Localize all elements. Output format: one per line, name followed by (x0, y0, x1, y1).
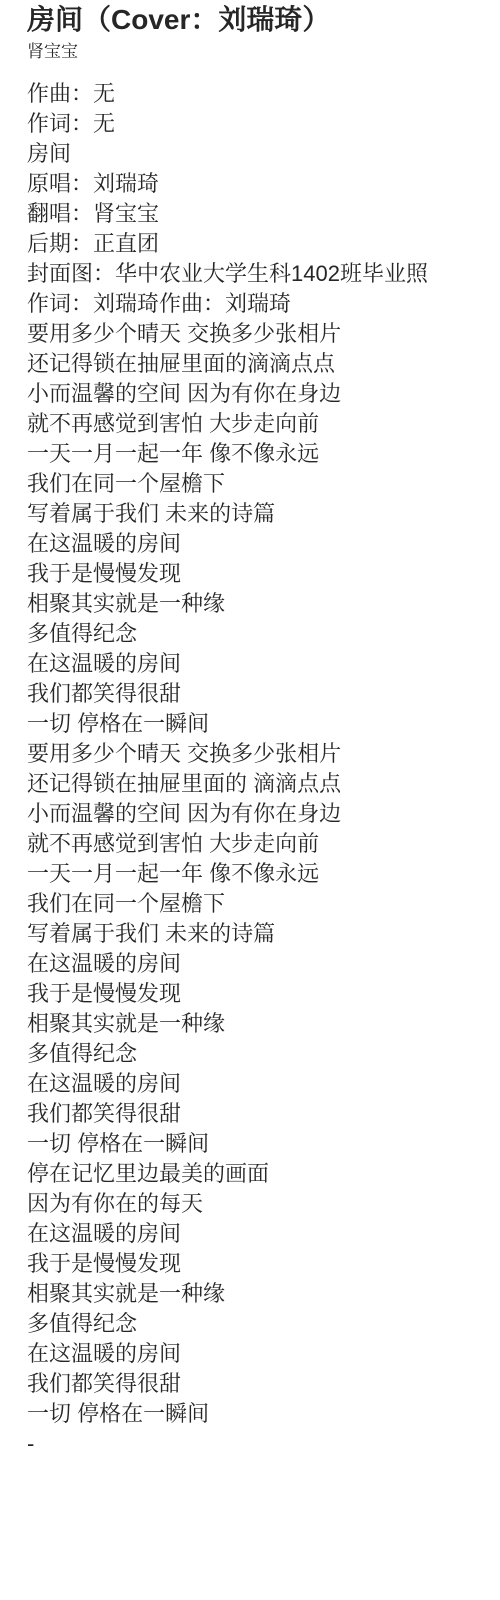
lyric-line: 一切 停格在一瞬间 (27, 709, 480, 739)
lyric-line: 翻唱：肾宝宝 (27, 199, 480, 229)
artist-name: 肾宝宝 (27, 40, 480, 64)
lyric-line: 我们在同一个屋檐下 (27, 469, 480, 499)
lyric-line: 因为有你在的每天 (27, 1189, 480, 1219)
lyric-line: 小而温馨的空间 因为有你在身边 (27, 379, 480, 409)
lyric-line: 一天一月一起一年 像不像永远 (27, 859, 480, 889)
lyric-line: 在这温暖的房间 (27, 649, 480, 679)
lyric-line: 小而温馨的空间 因为有你在身边 (27, 799, 480, 829)
lyric-line: 我们都笑得很甜 (27, 679, 480, 709)
lyric-line: 就不再感觉到害怕 大步走向前 (27, 409, 480, 439)
lyric-line: 作曲：无 (27, 79, 480, 109)
lyrics-page: 房间（Cover：刘瑞琦） 肾宝宝 作曲：无作词：无房间原唱：刘瑞琦翻唱：肾宝宝… (27, 3, 480, 1459)
lyric-line: 多值得纪念 (27, 619, 480, 649)
lyric-line: 在这温暖的房间 (27, 1219, 480, 1249)
lyric-line: 我们都笑得很甜 (27, 1099, 480, 1129)
lyric-line: 作词：无 (27, 109, 480, 139)
lyric-line: 我于是慢慢发现 (27, 979, 480, 1009)
page-title: 房间（Cover：刘瑞琦） (27, 3, 480, 37)
lyric-line: 一切 停格在一瞬间 (27, 1399, 480, 1429)
lyric-line: 我们都笑得很甜 (27, 1369, 480, 1399)
lyric-line: 作词：刘瑞琦作曲：刘瑞琦 (27, 289, 480, 319)
lyric-line: 在这温暖的房间 (27, 1069, 480, 1099)
lyrics-block: 作曲：无作词：无房间原唱：刘瑞琦翻唱：肾宝宝后期：正直团封面图：华中农业大学生科… (27, 79, 480, 1459)
lyric-line: - (27, 1429, 480, 1459)
lyric-line: 在这温暖的房间 (27, 529, 480, 559)
lyric-line: 要用多少个晴天 交换多少张相片 (27, 739, 480, 769)
lyric-line: 相聚其实就是一种缘 (27, 1279, 480, 1309)
lyric-line: 多值得纪念 (27, 1039, 480, 1069)
lyric-line: 房间 (27, 139, 480, 169)
lyric-line: 在这温暖的房间 (27, 949, 480, 979)
lyric-line: 多值得纪念 (27, 1309, 480, 1339)
lyric-line: 一切 停格在一瞬间 (27, 1129, 480, 1159)
lyric-line: 我于是慢慢发现 (27, 1249, 480, 1279)
lyric-line: 就不再感觉到害怕 大步走向前 (27, 829, 480, 859)
lyric-line: 后期：正直团 (27, 229, 480, 259)
lyric-line: 在这温暖的房间 (27, 1339, 480, 1369)
lyric-line: 我于是慢慢发现 (27, 559, 480, 589)
lyric-line: 写着属于我们 未来的诗篇 (27, 499, 480, 529)
lyric-line: 一天一月一起一年 像不像永远 (27, 439, 480, 469)
lyric-line: 相聚其实就是一种缘 (27, 589, 480, 619)
lyric-line: 还记得锁在抽屉里面的 滴滴点点 (27, 769, 480, 799)
lyric-line: 封面图：华中农业大学生科1402班毕业照 (27, 259, 480, 289)
lyric-line: 我们在同一个屋檐下 (27, 889, 480, 919)
lyric-line: 停在记忆里边最美的画面 (27, 1159, 480, 1189)
lyric-line: 要用多少个晴天 交换多少张相片 (27, 319, 480, 349)
lyric-line: 写着属于我们 未来的诗篇 (27, 919, 480, 949)
lyric-line: 相聚其实就是一种缘 (27, 1009, 480, 1039)
lyric-line: 还记得锁在抽屉里面的滴滴点点 (27, 349, 480, 379)
lyric-line: 原唱：刘瑞琦 (27, 169, 480, 199)
